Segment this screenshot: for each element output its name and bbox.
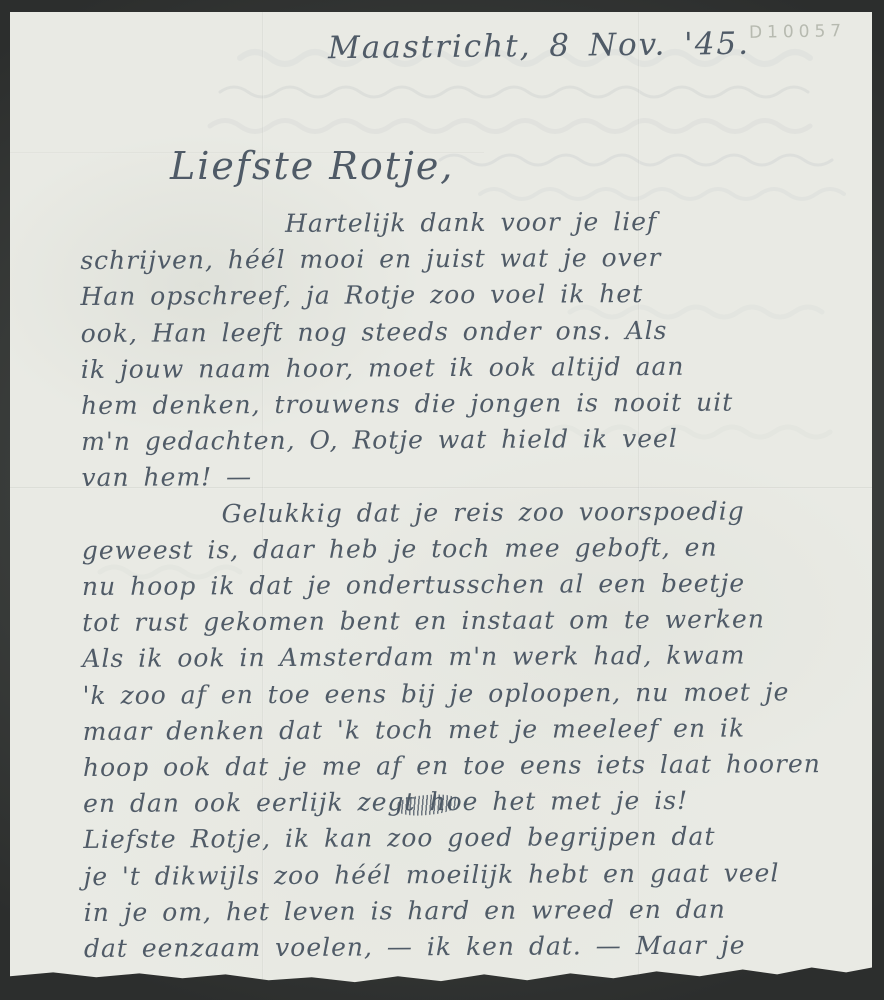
- body-line: 'k zoo af en toe eens bij je oploopen, n…: [82, 674, 842, 714]
- body-line: hoop ook dat je me af en toe eens iets l…: [83, 746, 843, 786]
- body-line: maar denken dat 'k toch met je meeleef e…: [83, 710, 843, 750]
- body-line: in je om, het leven is hard en wreed en …: [84, 891, 844, 931]
- letter-page: D10057 Maastricht, 8 Nov. '45. Liefste R…: [10, 12, 872, 988]
- body-line: Hartelijk dank voor je lief: [80, 203, 840, 243]
- photo-background: D10057 Maastricht, 8 Nov. '45. Liefste R…: [0, 0, 884, 1000]
- body-line: tot rust gekomen bent en instaat om te w…: [82, 601, 842, 641]
- body-line: dat eenzaam voelen, — ik ken dat. — Maar…: [84, 927, 844, 967]
- date-line: Maastricht, 8 Nov. '45.: [328, 26, 750, 66]
- salutation: Liefste Rotje,: [170, 144, 454, 188]
- body-line: je 't dikwijls zoo héél moeilijk hebt en…: [83, 855, 843, 895]
- body-line: ik jouw naam hoor, moet ik ook altijd aa…: [81, 348, 841, 388]
- body-line: Liefste Rotje, ik kan zoo goed begrijpen…: [83, 818, 843, 858]
- letter-body: Hartelijk dank voor je lief schrijven, h…: [80, 203, 844, 967]
- body-line: Gelukkig dat je reis zoo voorspoedig: [82, 493, 842, 533]
- body-line: hem denken, trouwens die jongen is nooit…: [81, 384, 841, 424]
- body-line: Als ik ook in Amsterdam m'n werk had, kw…: [82, 637, 842, 677]
- body-line: schrijven, héél mooi en juist wat je ove…: [80, 239, 840, 279]
- body-line: m'n gedachten, O, Rotje wat hield ik vee…: [81, 420, 841, 460]
- body-line: ook, Han leeft nog steeds onder ons. Als: [81, 312, 841, 352]
- body-line: geweest is, daar heb je toch mee geboft,…: [82, 529, 842, 569]
- body-line: van hem! —: [81, 456, 841, 496]
- body-line: en dan ook eerlijk zegt hoe het met je i…: [83, 782, 843, 822]
- body-line: nu hoop ik dat je ondertusschen al een b…: [82, 565, 842, 605]
- body-line: Han opschreef, ja Rotje zoo voel ik het: [80, 275, 840, 315]
- archive-code-pencil: D10057: [749, 21, 847, 43]
